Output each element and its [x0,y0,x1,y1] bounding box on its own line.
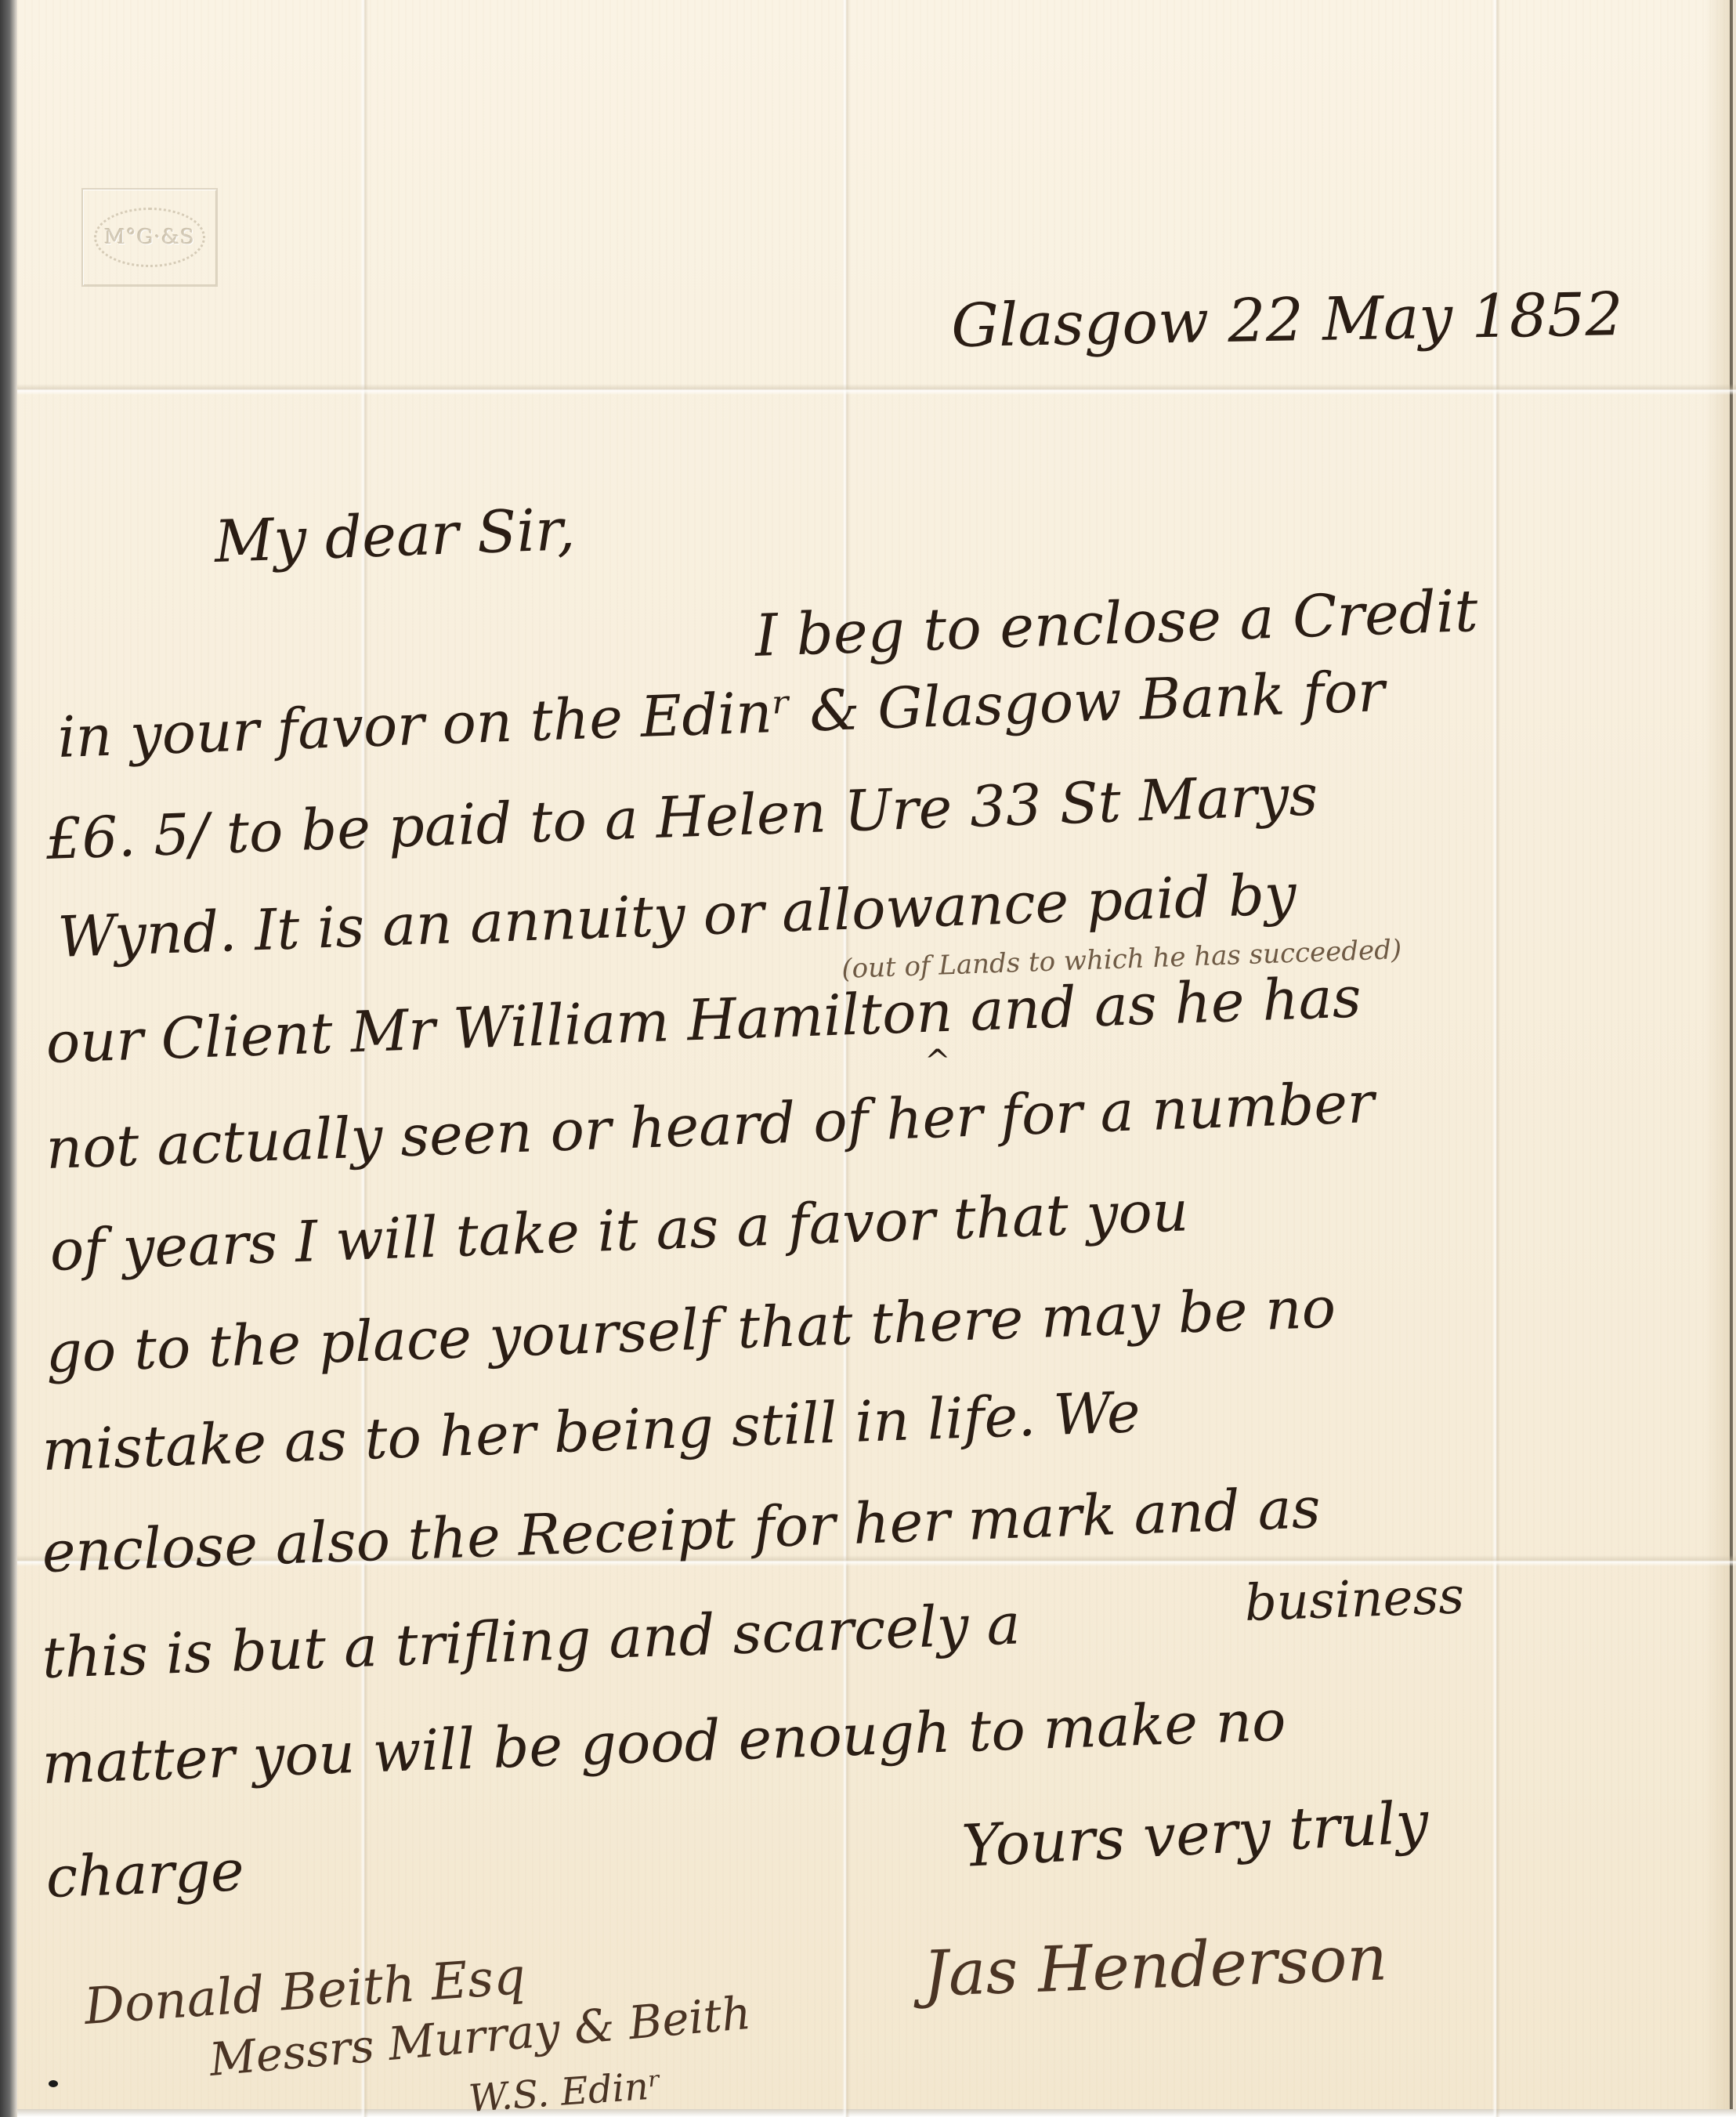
insertion-business: business [1244,1571,1465,1629]
place-date-line: Glasgow 22 May 1852 [951,284,1624,356]
embossed-stationer-stamp: M°G·&S [81,188,218,287]
embossed-stamp-text: M°G·&S [94,208,205,267]
signature: Jas Henderson [922,1927,1388,2006]
insertion-caret: ^ [924,1046,951,1077]
address-line-3: W.S. Edinʳ [468,2067,663,2117]
body-line-13: charge [45,1842,244,1905]
paper-right-shade [1705,0,1736,2117]
fold-crease-vertical-center [842,0,850,2117]
salutation: My dear Sir, [213,501,576,571]
scan-bottom-edge [17,2109,1736,2117]
fold-crease-horizontal-top [17,384,1736,395]
scan-left-edge [0,0,17,2117]
ink-dot [49,2080,58,2087]
